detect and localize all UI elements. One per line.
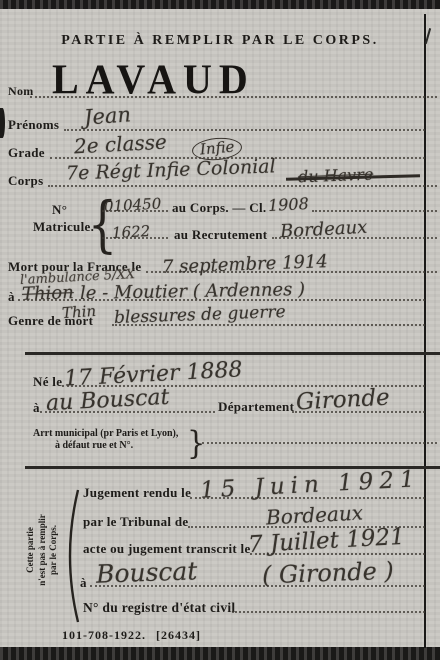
departement-label: Département bbox=[218, 399, 294, 415]
arr-municipal-label-1: Arrt municipal (pr Paris et Lyon), bbox=[33, 428, 178, 439]
form-title: PARTIE À REMPLIR PAR LE CORPS. bbox=[0, 33, 440, 49]
corps-label: Corps bbox=[8, 173, 43, 189]
matricule-classe: 1908 bbox=[268, 194, 310, 215]
grade-value: 2e classe bbox=[73, 130, 167, 159]
side-note-line2: n'est pas à remplir bbox=[37, 485, 49, 615]
prenoms-label: Prénoms bbox=[8, 117, 59, 133]
matricule-mid-recrut: au Recrutement bbox=[174, 227, 267, 243]
print-code: 101-708-1922. bbox=[62, 628, 146, 643]
registre-label: N° du registre d'état civil bbox=[83, 600, 235, 616]
arr-municipal-label-2: à défaut rue et N°. bbox=[55, 440, 133, 451]
corps-leader bbox=[48, 185, 437, 187]
corps-value: 7e Régt Infie Colonial bbox=[66, 155, 276, 184]
matricule-mid-corps: au Corps. — Cl. bbox=[172, 200, 266, 216]
mort-lieu-label: à bbox=[8, 289, 15, 305]
separator-rule-upper bbox=[25, 352, 440, 355]
side-note: Cette partie n'est pas à remplir par le … bbox=[25, 485, 65, 615]
jugement-rendu-label: Jugement rendu le bbox=[83, 485, 191, 501]
transcription-lieu-value: Bouscat bbox=[96, 556, 198, 589]
transcrit-label: acte ou jugement transcrit le bbox=[83, 541, 251, 557]
mort-lieu-struck: Thion bbox=[22, 282, 74, 305]
transcription-lieu-label: à bbox=[80, 575, 87, 591]
ne-le-label: Né le bbox=[33, 374, 62, 390]
naissance-lieu-label: à bbox=[33, 400, 40, 416]
tribunal-value: Bordeaux bbox=[265, 500, 363, 529]
side-note-line1: Cette partie bbox=[25, 485, 37, 615]
prenoms-leader bbox=[64, 129, 425, 131]
matricule-num-recrut: 1622 bbox=[112, 222, 151, 242]
record-card: PARTIE À REMPLIR PAR LE CORPS. Nom LAVAU… bbox=[0, 0, 440, 660]
prenoms-value: Jean bbox=[83, 102, 131, 129]
transcription-lieu-paren: ( Gironde ) bbox=[262, 557, 395, 590]
mort-lieu-value: le - Moutier ( Ardennes ) bbox=[80, 279, 305, 304]
scan-edge-bottom bbox=[0, 647, 440, 660]
nom-value: LAVAUD bbox=[52, 55, 255, 104]
genre-mort-label: Genre de mort bbox=[8, 313, 93, 329]
matricule-classe-leader bbox=[312, 210, 437, 212]
scan-smudge-left bbox=[0, 108, 5, 138]
mort-date-value: 7 septembre 1914 bbox=[162, 251, 328, 278]
side-note-line3: par le Corps. bbox=[48, 485, 60, 615]
matricule-num-corps: 010450 bbox=[104, 195, 162, 216]
print-bracket-number: [26434] bbox=[156, 628, 201, 643]
departement-value: Gironde bbox=[295, 385, 390, 416]
arr-municipal-leader bbox=[202, 442, 437, 444]
grade-label: Grade bbox=[8, 145, 45, 161]
registre-leader bbox=[232, 611, 425, 613]
matricule-label-no: N° bbox=[52, 202, 67, 218]
jugement-section-brace bbox=[62, 488, 82, 624]
scan-edge-top bbox=[0, 0, 440, 9]
matricule-label-word: Matricule. bbox=[33, 219, 94, 235]
tribunal-label: par le Tribunal de bbox=[83, 514, 188, 530]
